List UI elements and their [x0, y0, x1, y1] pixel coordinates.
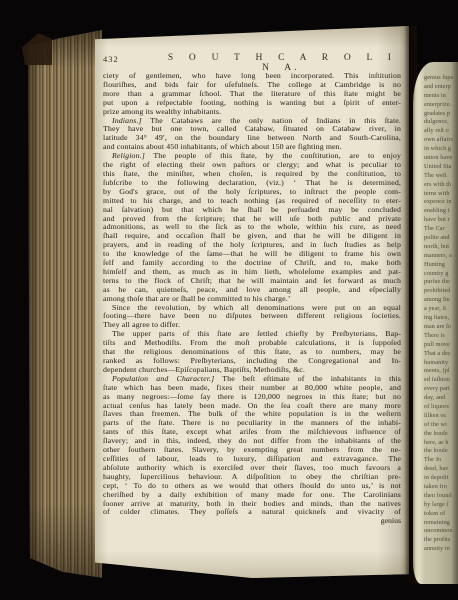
next-page-text-line: Hunting: [424, 261, 457, 270]
next-page-text-line: every part: [424, 385, 457, 394]
next-page-text-line: own affairs: [424, 136, 457, 145]
next-page-text-line: the houſe: [424, 430, 457, 439]
next-page-text-line: by large ſ: [424, 501, 457, 510]
paragraph-lead: Religion.]: [112, 151, 145, 160]
next-page-text-line: country g: [424, 270, 457, 279]
next-page-text-line: That a dec: [424, 350, 457, 359]
next-page-text-line: uncommon: [424, 527, 457, 536]
next-page-text-line: enterprize.: [424, 101, 457, 110]
next-page-text-line: ments in: [424, 92, 457, 101]
next-page-text-line: expence in: [424, 198, 457, 207]
paragraph-lead: Population and Character.]: [112, 374, 214, 383]
next-page-text-line: day, and: [424, 394, 457, 403]
next-page-text-line: The Car: [424, 225, 457, 234]
next-page-text-line: then found: [424, 492, 457, 501]
next-page-text-line: taken fro: [424, 483, 457, 492]
next-page-text-line: the houſe: [424, 447, 457, 456]
next-page-text-line: in which g: [424, 145, 457, 154]
body-text: ciety of gentlemen, who have long been i…: [103, 72, 401, 517]
next-page-text-line: polite and: [424, 234, 457, 243]
next-page-text-line: in depoſit: [424, 474, 457, 483]
next-page-text-line: have but r: [424, 216, 457, 225]
book-photo: 432 S O U T H C A R O L I N A. ciety of …: [0, 0, 458, 600]
next-page-text-line: here, as h: [424, 439, 457, 448]
book-fore-edge: [24, 30, 102, 580]
next-page-text-line: annuity in: [424, 545, 457, 554]
next-page-text-line: a year, ſt: [424, 305, 457, 314]
book-page: 432 S O U T H C A R O L I N A. ciety of …: [95, 26, 409, 578]
next-page-text: genius ſupeand enterpments inenterprize.…: [424, 74, 457, 572]
next-page-text-line: of liquors: [424, 403, 457, 412]
next-page-text-line: purſue the: [424, 278, 457, 287]
catchword: genius: [103, 517, 401, 526]
next-page-text-line: humanity: [424, 359, 457, 368]
text-line: of colder climates. They poſſeſs a natur…: [103, 508, 401, 517]
page-text-block: 432 S O U T H C A R O L I N A. ciety of …: [103, 53, 401, 526]
next-page-text-line: token of: [424, 510, 457, 519]
next-page-text-line: gradates p: [424, 110, 457, 119]
next-page-text-line: genius ſupe: [424, 74, 457, 83]
running-head: S O U T H C A R O L I N A.: [103, 53, 401, 73]
next-page-text-line: ers with th: [424, 181, 457, 190]
next-page-text-line: north, but: [424, 243, 457, 252]
next-page-text-line: union have: [424, 154, 457, 163]
next-page-text-line: ſilken oc: [424, 412, 457, 421]
next-page-text-line: remaining: [424, 519, 457, 528]
next-page-text-line: There is: [424, 332, 457, 341]
next-page-text-line: ally reſt o: [424, 127, 457, 136]
next-page-text-line: ing ſtates,: [424, 314, 457, 323]
next-page-text-line: enabling t: [424, 207, 457, 216]
next-page-text-line: the profits: [424, 536, 457, 545]
next-page-text-line: pull move: [424, 341, 457, 350]
next-page-text-line: ments, (pl: [424, 367, 457, 376]
next-page-text-line: dulgence,: [424, 118, 457, 127]
next-page-text-line: manners, a: [424, 252, 457, 261]
next-page-text-line: The weſt: [424, 172, 457, 181]
next-page-text-line: man are ſo: [424, 323, 457, 332]
next-page-edge: genius ſupeand enterpments inenterprize.…: [413, 62, 458, 584]
next-page-text-line: The Jo: [424, 456, 457, 465]
paragraph-lead: Indians.]: [112, 116, 142, 125]
next-page-text-line: prohibited: [424, 287, 457, 296]
next-page-text-line: dead, hav: [424, 465, 457, 474]
book-spine-corner: [22, 33, 52, 65]
next-page-text-line: United Sta: [424, 163, 457, 172]
next-page-text-line: ed faſhion: [424, 376, 457, 385]
next-page-text-line: of the wi: [424, 421, 457, 430]
next-page-text-line: among ſtu: [424, 296, 457, 305]
next-page-text-line: terns with: [424, 190, 457, 199]
page-header: 432 S O U T H C A R O L I N A.: [103, 53, 401, 65]
next-page-text-line: and enterp: [424, 83, 457, 92]
